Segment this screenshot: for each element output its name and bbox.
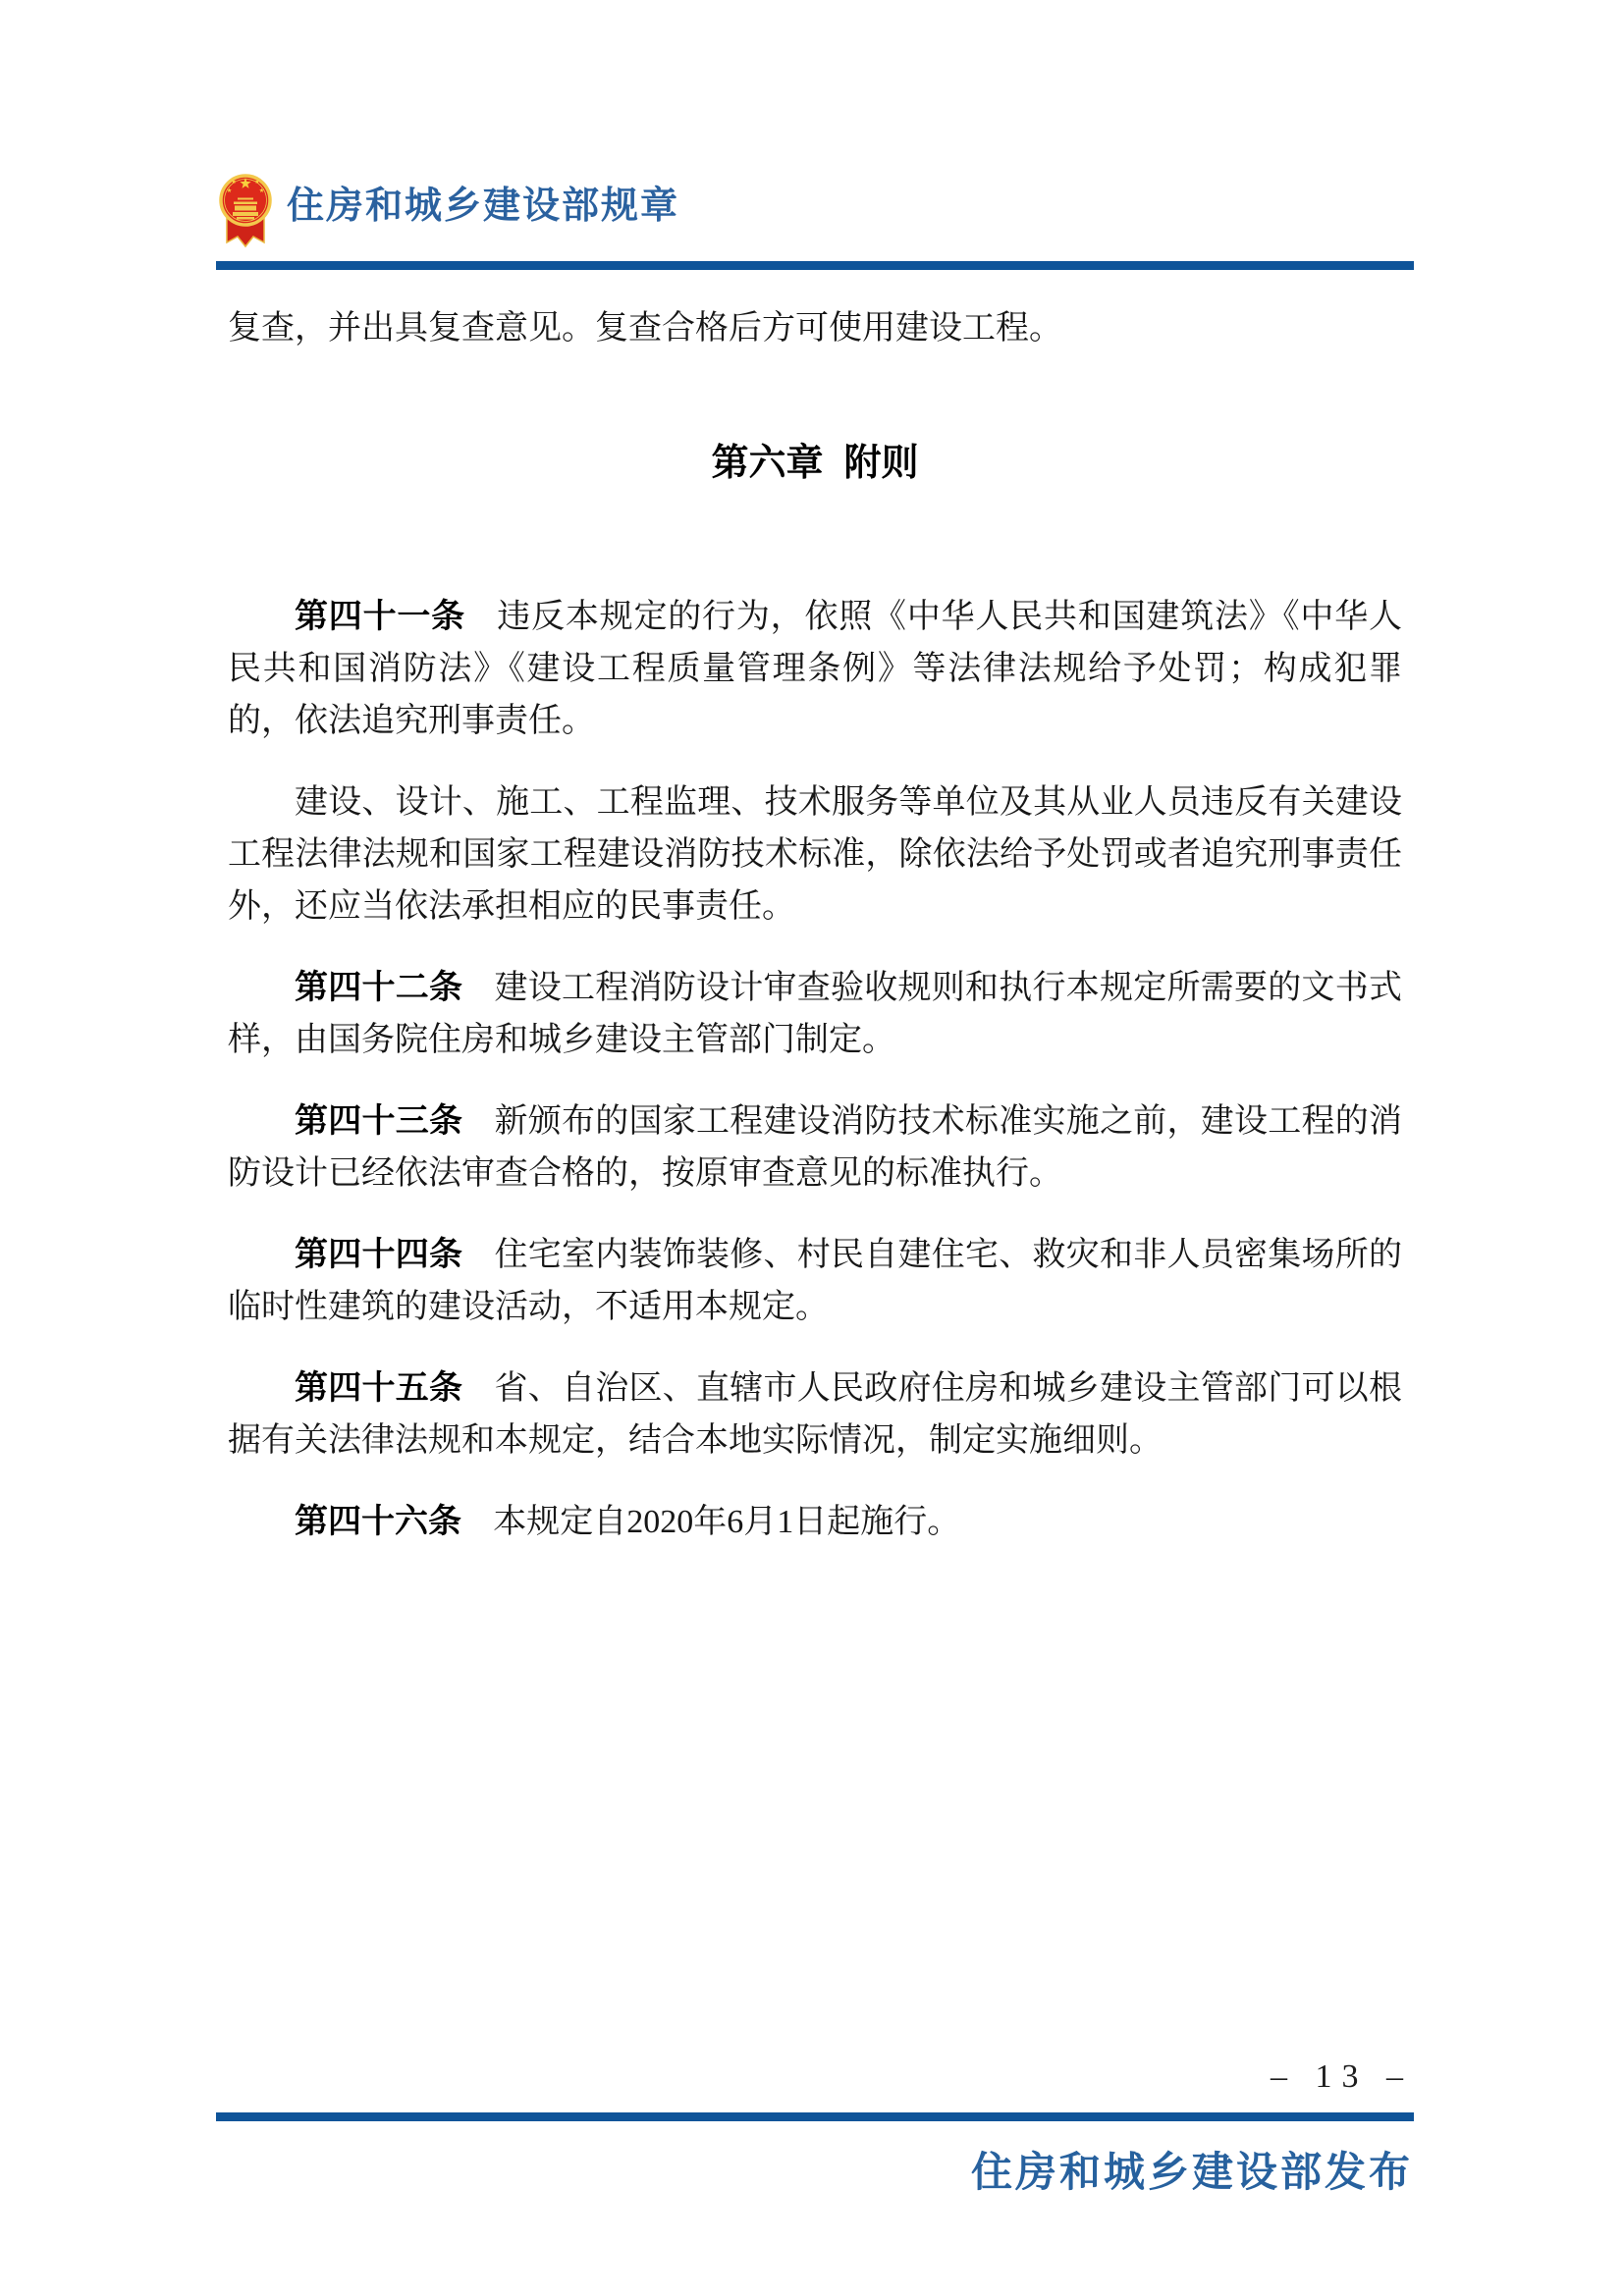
article-paragraph-45: 第四十五条省、自治区、直辖市人民政府住房和城乡建设主管部门可以根据有关法律法规和… [228, 1362, 1402, 1467]
national-emblem-icon [218, 167, 273, 249]
article-number: 第四十六条 [295, 1503, 461, 1540]
continuation-paragraph: 复查，并出具复查意见。复查合格后方可使用建设工程。 [228, 302, 1402, 354]
article-paragraph-43: 第四十三条新颁布的国家工程建设消防技术标准实施之前，建设工程的消防设计已经依法审… [228, 1095, 1402, 1200]
article-number: 第四十三条 [295, 1102, 462, 1140]
article-paragraph-41: 第四十一条违反本规定的行为，依照《中华人民共和国建筑法》《中华人民共和国消防法》… [228, 591, 1402, 747]
document-body: 复查，并出具复查意见。复查合格后方可使用建设工程。 第六章 附则 第四十一条违反… [228, 302, 1402, 1577]
article-paragraph-41-cont: 建设、设计、施工、工程监理、技术服务等单位及其从业人员违反有关建设工程法律法规和… [228, 776, 1402, 933]
header-title: 住房和城乡建设部规章 [287, 181, 679, 232]
footer-rule [216, 2112, 1414, 2121]
article-text: 本规定自2020年6月1日起施行。 [493, 1504, 960, 1540]
article-number: 第四十五条 [295, 1369, 462, 1407]
article-paragraph-46: 第四十六条本规定自2020年6月1日起施行。 [228, 1496, 1402, 1548]
chapter-heading: 第六章 附则 [228, 438, 1402, 490]
publisher-line: 住房和城乡建设部发布 [971, 2148, 1413, 2199]
article-number: 第四十一条 [295, 598, 465, 635]
article-number: 第四十二条 [295, 969, 462, 1006]
page: 住房和城乡建设部规章 复查，并出具复查意见。复查合格后方可使用建设工程。 第六章… [0, 0, 1623, 2296]
article-text: 建设、设计、施工、工程监理、技术服务等单位及其从业人员违反有关建设工程法律法规和… [228, 784, 1402, 925]
header-rule [216, 261, 1414, 270]
article-paragraph-44: 第四十四条住宅室内装饰装修、村民自建住宅、救灾和非人员密集场所的临时性建筑的建设… [228, 1229, 1402, 1333]
article-number: 第四十四条 [295, 1236, 462, 1273]
page-number: – 13 – [1271, 2057, 1413, 2097]
article-paragraph-42: 第四十二条建设工程消防设计审查验收规则和执行本规定所需要的文书式样，由国务院住房… [228, 962, 1402, 1066]
